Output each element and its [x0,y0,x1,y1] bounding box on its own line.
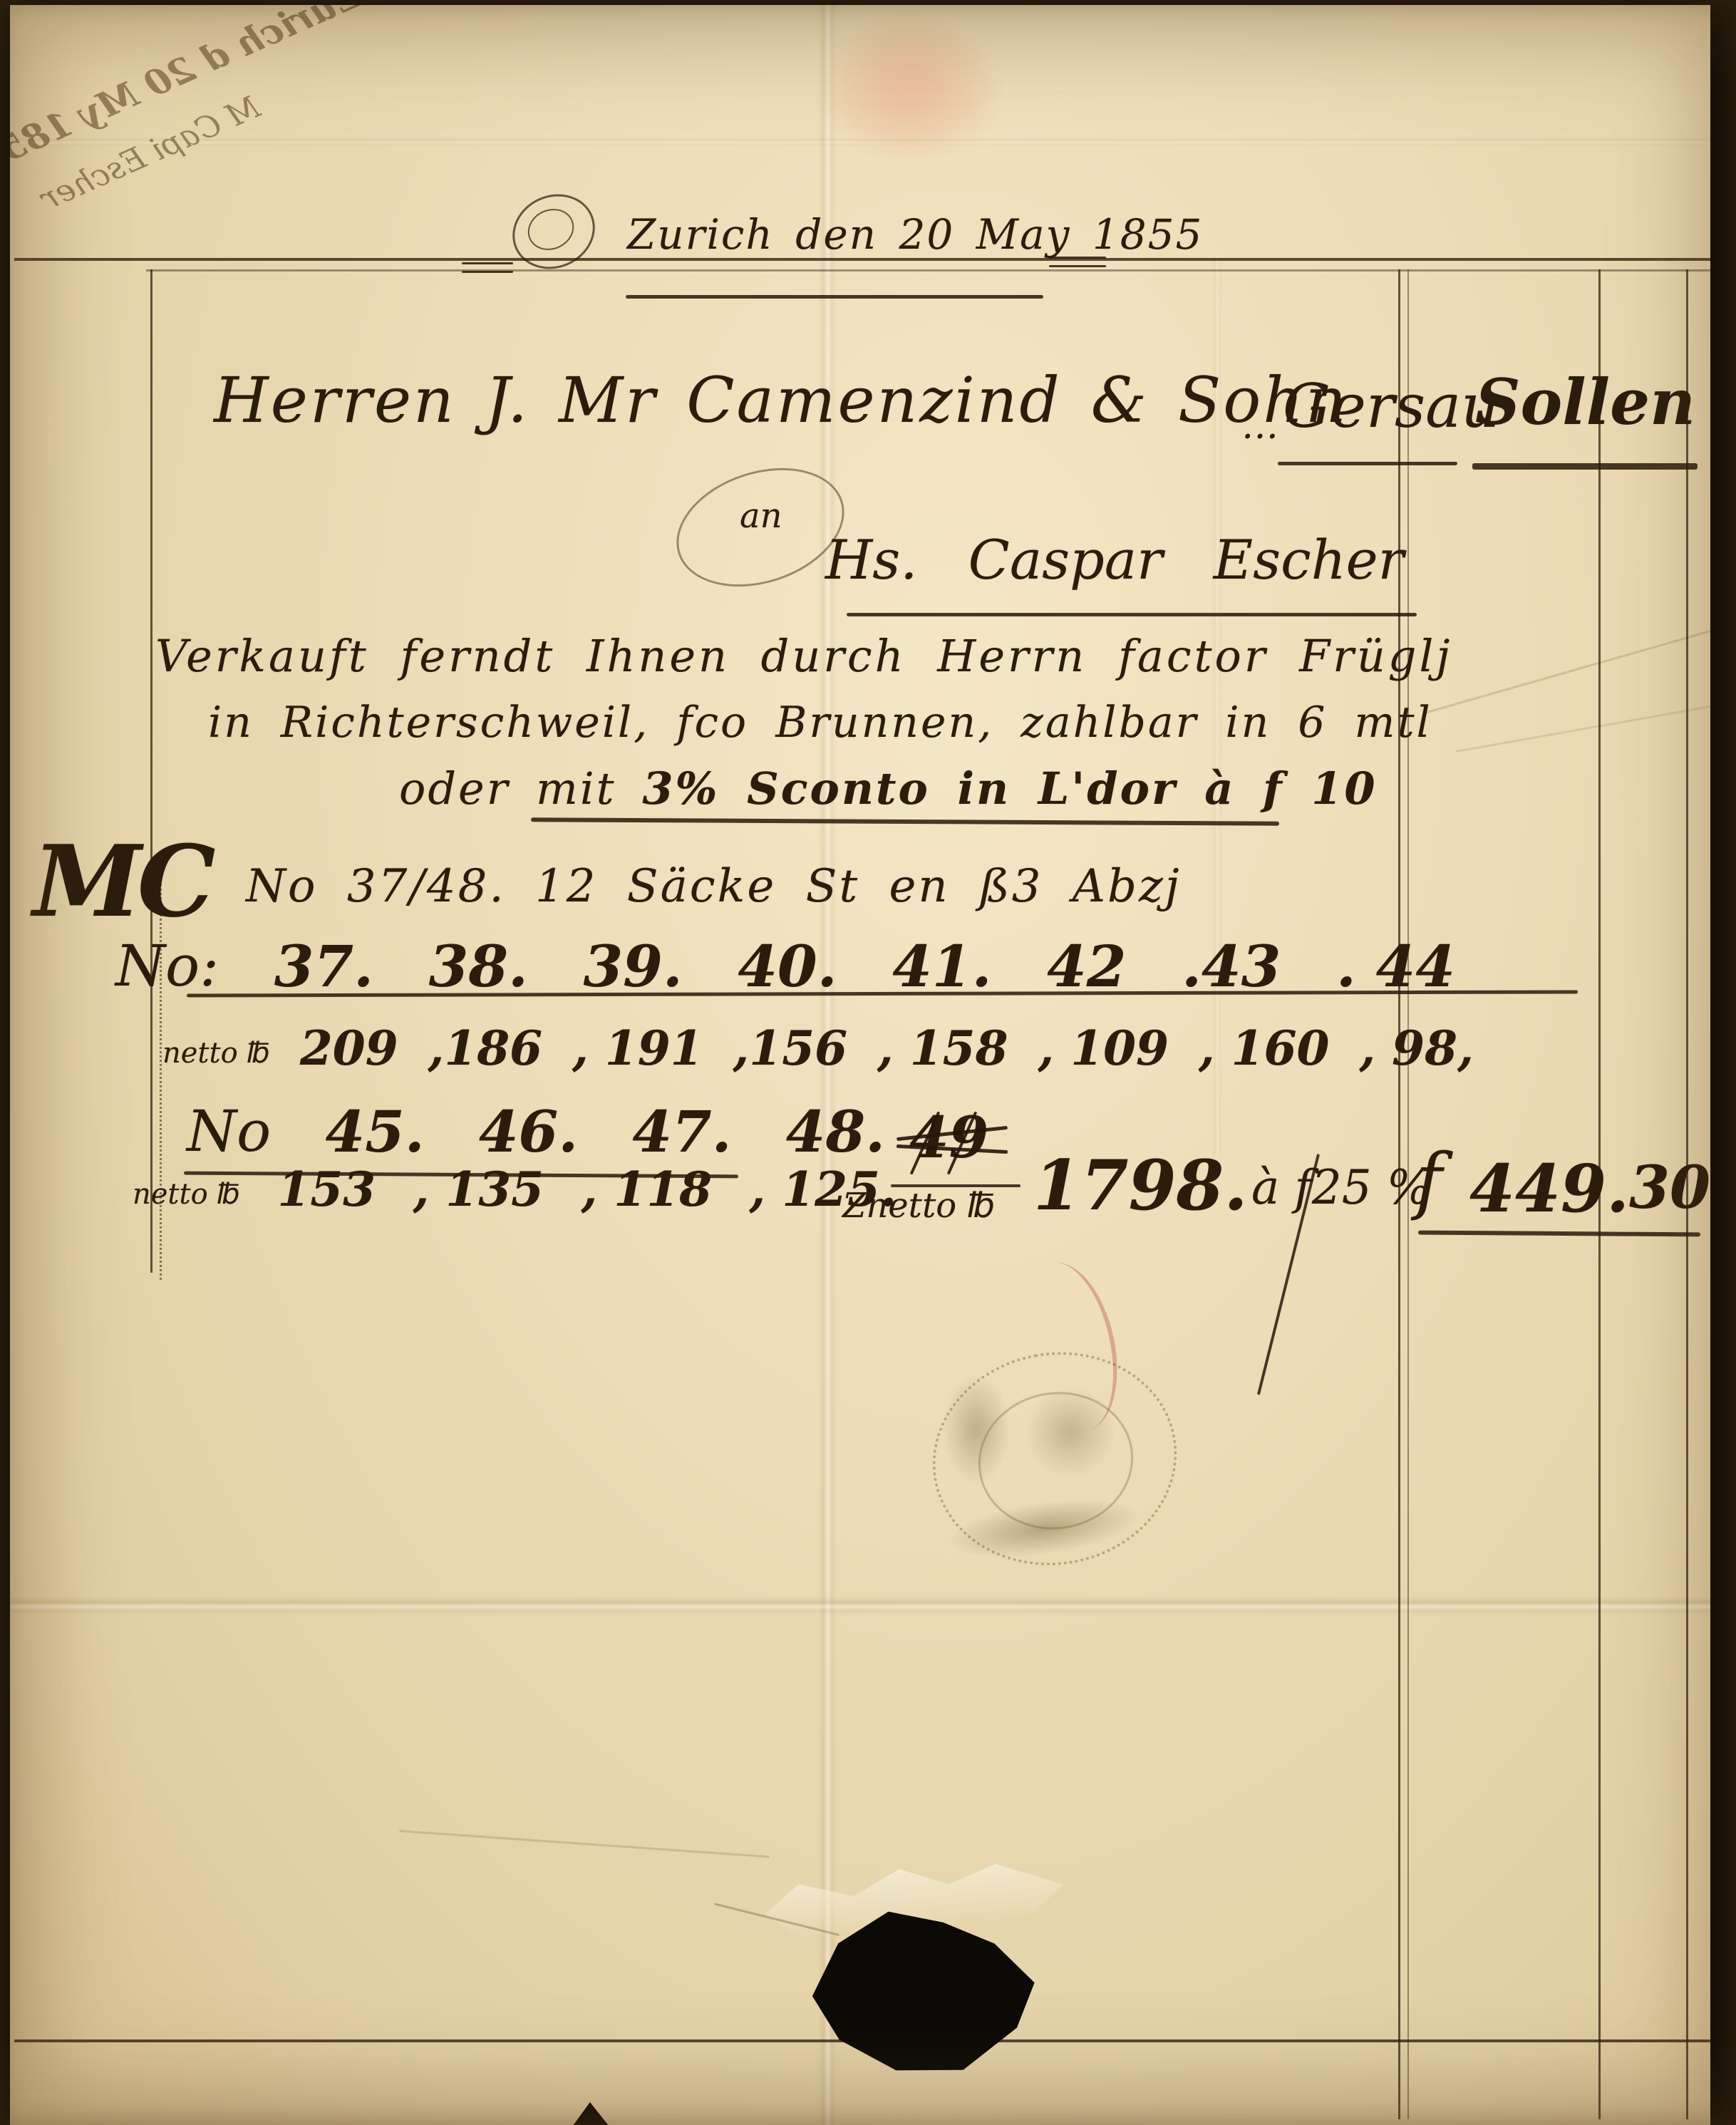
dateline-underline [626,295,1043,299]
sack-weight: 209 [300,1025,398,1072]
body-line: oder mit 3% Sconto in L'dor à f 10 [399,767,1378,811]
sack-number: 45. [325,1103,424,1160]
sack-number: 41. [892,938,991,995]
sack-number: . 44 [1336,938,1455,995]
ruled-line-left-margin [150,269,153,1273]
dateline-dash [462,262,513,264]
dateline-dash [1049,257,1106,259]
address-dots: … [1241,408,1278,445]
sack-number: 47. [632,1103,731,1160]
place-name: Gersau [1283,376,1499,436]
margin-monogram: MC [33,832,212,931]
sack-weight: , 135 [413,1166,544,1213]
body-line: in Richterschweil, fco Brunnen, zahlbar … [208,701,1432,744]
dateline-dash [462,271,513,273]
letter-scan: Zürich d 20 My 1855 M Capi Escher Zurich… [0,0,1736,2125]
ruled-line-top-2 [146,269,1714,272]
photo-edge-left [0,0,10,2125]
amount-francs: 449. [1469,1156,1629,1221]
total-label: Znetto ℔ [842,1189,996,1223]
preposition-an: an [740,499,782,533]
photo-edge-right [1710,0,1736,2125]
sack-number: 39. [584,938,683,995]
sack-number: 46. [479,1103,578,1160]
recipient-first-name: Caspar [968,533,1163,587]
sack-weight-row-2: netto ℔ 153 , 135 , 118 , 125. [133,1166,897,1213]
sack-number-row-2: No 45. 46. 47. 48. [187,1103,885,1160]
sack-number: 38. [429,938,528,995]
dateline-dash [1049,265,1106,267]
sack-number: 48. [786,1103,885,1160]
sack-weight: , 98, [1359,1025,1474,1072]
sack-weight: , 118 [581,1166,712,1213]
discount-lead: oder mit [399,762,616,815]
lot-line: No 37/48. 12 Säcke St en ß3 Abzj [246,864,1182,909]
recipient-prefix: Hs. [825,533,917,587]
discount-terms: 3% Sconto in L'dor à f 10 [642,762,1377,815]
amount-rappen: 30 [1629,1159,1710,1217]
sack-weight: , 160 [1199,1025,1330,1072]
sack-weight-row-1: netto ℔ 209 ,186 , 191 ,156 , 158 , 109 … [162,1025,1474,1072]
sack-weight: , 109 [1038,1025,1169,1072]
sack-number-row-1: No: 37. 38. 39. 40. 41. 42 .43 . 44 [115,938,1455,995]
sack-weight: , 158 [877,1025,1008,1072]
sack-number: .43 [1182,938,1281,995]
debit-underline [1472,463,1698,470]
netto-label: netto ℔ [162,1039,270,1072]
recipient-last-name: Escher [1214,533,1404,587]
postmark-inner-circle [967,1380,1144,1541]
dateline: Zurich den 20 May 1855 [627,214,1203,255]
sack-weight: , 191 [572,1025,703,1072]
debit-word: Sollen [1475,371,1695,433]
sack-weight: 153 [277,1166,376,1213]
place-underline [1278,462,1457,465]
address-line: Herren J. Mr Camenzind & Sohn [214,369,1348,432]
rate: à f25 % [1251,1164,1431,1211]
sack-weight: ,156 [733,1025,847,1072]
body-line: Verkauft ferndt Ihnen durch Herrn factor… [155,634,1453,678]
amount-currency: f [1415,1144,1442,1217]
sack-number: 37. [274,938,373,995]
row-label: No: [115,938,219,995]
row-label: No [187,1103,271,1160]
sack-number: 42 [1047,938,1126,995]
recipient-line: Hs. Caspar Escher [825,533,1404,587]
netto-label: netto ℔ [133,1180,240,1213]
total-weight: 1798. [1033,1152,1248,1220]
sack-weight: ,186 [428,1025,542,1072]
photo-edge-top [0,0,1736,5]
sack-number: 40. [738,938,837,995]
recipient-underline [847,613,1417,616]
